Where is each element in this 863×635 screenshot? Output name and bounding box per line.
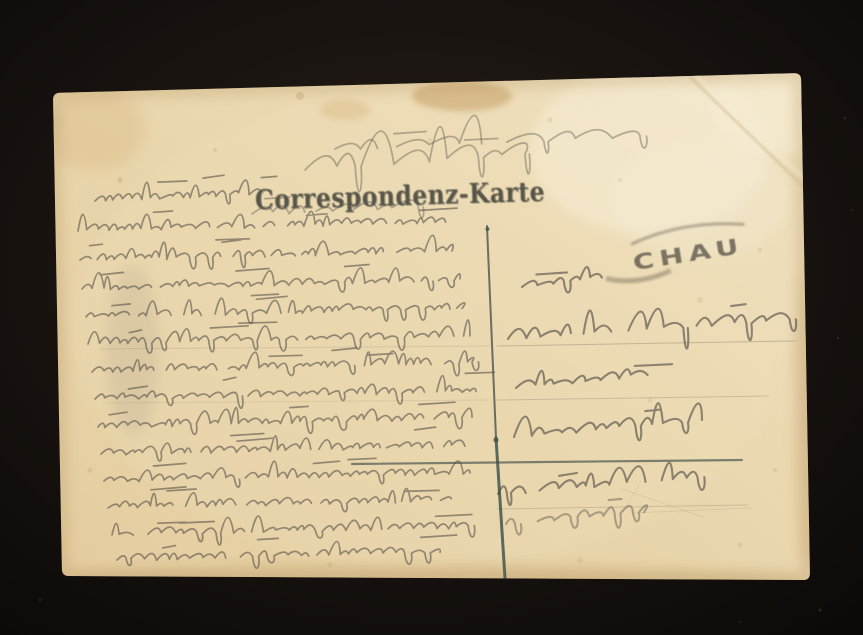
lint-speck: [837, 337, 839, 339]
foxing-spot: [773, 468, 777, 472]
foxing-spot: [697, 297, 703, 303]
foxing-spot: [428, 138, 432, 142]
foxing-spot: [618, 178, 622, 182]
lint-speck: [851, 209, 853, 211]
foxing-spot: [296, 92, 304, 100]
foxing-spot: [197, 537, 203, 543]
divider-ink-blob: [486, 227, 490, 231]
photo-scene: Correspondenz-Karte Correspondenz-Karte …: [0, 0, 863, 635]
foxing-spot: [577, 557, 583, 563]
foxing-spot: [738, 543, 743, 548]
lint-speck: [39, 599, 41, 601]
foxing-spot: [548, 118, 553, 123]
foxing-spot: [213, 148, 217, 152]
lint-speck: [739, 621, 741, 623]
small-stain: [320, 100, 370, 120]
lint-speck: [844, 117, 847, 120]
foxing-spot: [758, 248, 762, 252]
foxing-spot: [88, 468, 93, 473]
postcard-photo: Correspondenz-Karte Correspondenz-Karte …: [0, 0, 863, 635]
foxing-spot: [648, 398, 653, 403]
divider-ink-blob: [493, 437, 498, 442]
foxing-spot: [117, 177, 123, 183]
foxing-spot: [328, 563, 333, 568]
lint-speck: [819, 609, 822, 612]
